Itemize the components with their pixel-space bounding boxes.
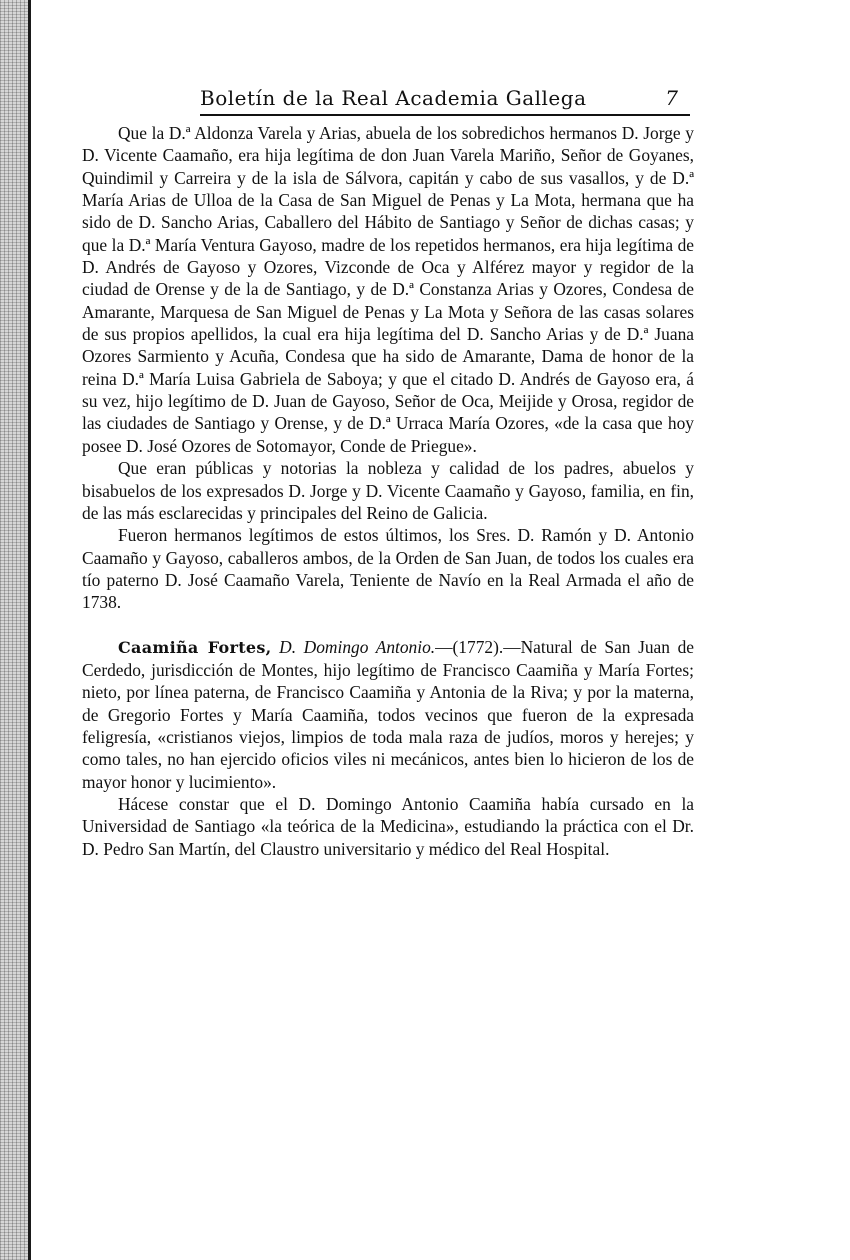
paragraph: Fueron hermanos legítimos de estos últim…	[82, 524, 694, 613]
entry-given-name: D. Domingo Antonio.	[279, 637, 435, 657]
book-binding-edge	[0, 0, 31, 1260]
paragraph: Hácese constar que el D. Domingo Antonio…	[82, 793, 694, 860]
section-gap	[82, 614, 694, 636]
running-header: Boletín de la Real Academia Gallega 7	[200, 84, 690, 116]
entry-surname: Caamiña Fortes,	[118, 638, 272, 657]
journal-title: Boletín de la Real Academia Gallega	[200, 86, 587, 110]
paragraph: Que eran públicas y notorias la nobleza …	[82, 457, 694, 524]
entry-text: —(1772).—Natural de San Juan de Cerdedo,…	[82, 637, 694, 792]
page-body: Que la D.ª Aldonza Varela y Arias, abuel…	[82, 122, 694, 860]
biography-entry: Caamiña Fortes, D. Domingo Antonio.—(177…	[82, 636, 694, 793]
paragraph: Que la D.ª Aldonza Varela y Arias, abuel…	[82, 122, 694, 457]
page-number: 7	[665, 86, 678, 110]
